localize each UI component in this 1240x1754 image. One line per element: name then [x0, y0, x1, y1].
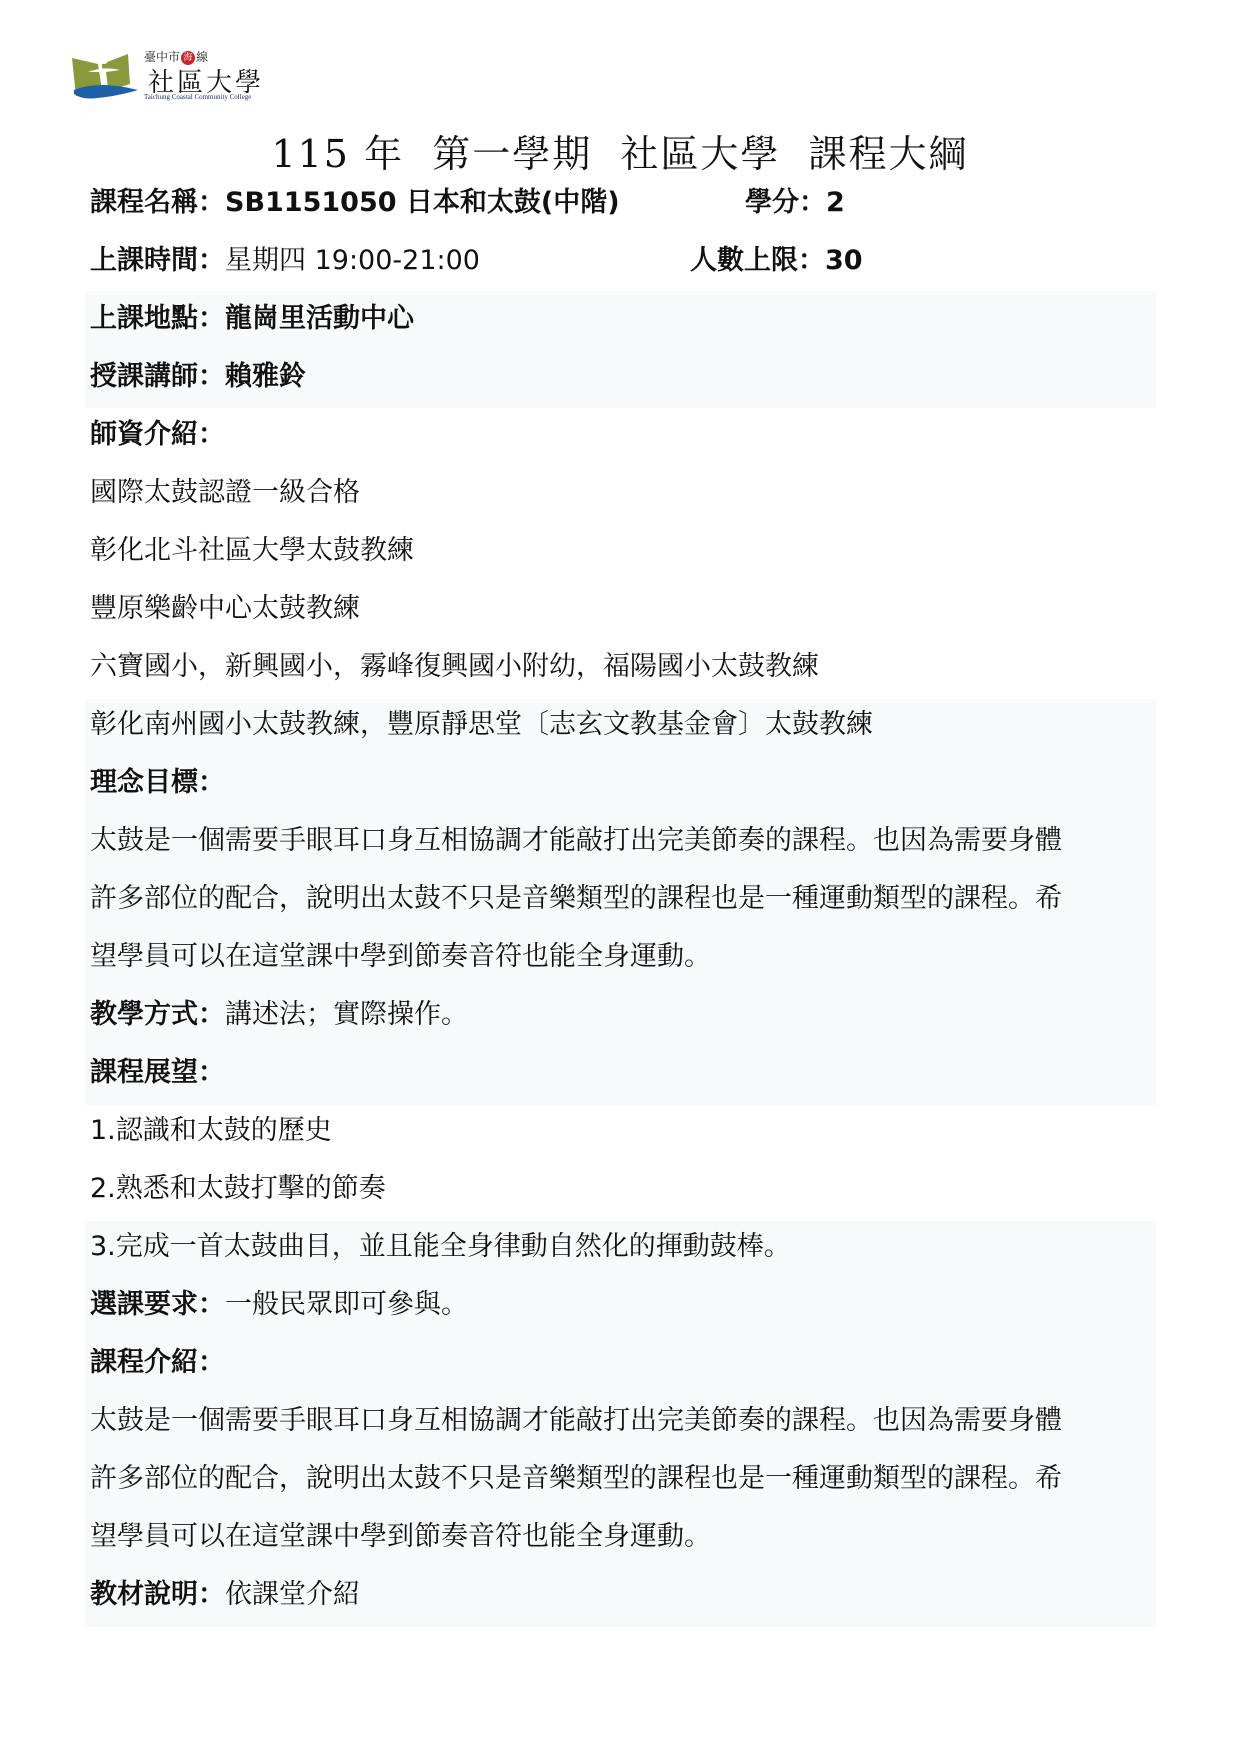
- teacher-intro-heading: 師資介紹：: [90, 415, 225, 455]
- requirement-row: 選課要求：一般民眾即可參與。: [90, 1285, 468, 1325]
- course-intro-heading: 課程介紹：: [90, 1343, 225, 1383]
- page-title: 115 年 第一學期 社區大學 課程大綱: [0, 123, 1240, 178]
- book-logo-icon: [68, 50, 140, 100]
- course-name-value: SB1151050 日本和太鼓(中階): [225, 187, 620, 218]
- teacher-intro-label: 師資介紹：: [90, 419, 225, 450]
- outlook-item: 3.完成一首太鼓曲目，並且能全身律動自然化的揮動鼓棒。: [90, 1227, 791, 1267]
- goal-label: 理念目標：: [90, 767, 225, 798]
- credit-label: 學分：: [745, 187, 826, 218]
- outlook-item: 2.熟悉和太鼓打擊的節奏: [90, 1169, 386, 1209]
- class-time-row: 上課時間：星期四 19:00-21:00: [90, 241, 480, 281]
- teacher-intro-line: 彰化南州國小太鼓教練，豐原靜思堂〔志玄文教基金會〕太鼓教練: [90, 705, 873, 745]
- teacher-intro-line: 國際太鼓認證一級合格: [90, 473, 360, 513]
- location-row: 上課地點：龍崗里活動中心: [90, 299, 414, 339]
- outlook-item: 1.認識和太鼓的歷史: [90, 1111, 332, 1151]
- material-label: 教材說明：: [90, 1579, 225, 1610]
- course-name-label: 課程名稱：: [90, 187, 225, 218]
- teacher-value: 賴雅鈴: [225, 361, 306, 392]
- goal-line: 望學員可以在這堂課中學到節奏音符也能全身運動。: [90, 937, 711, 977]
- requirement-value: 一般民眾即可參與。: [225, 1289, 468, 1320]
- location-label: 上課地點：: [90, 303, 225, 334]
- goal-line: 太鼓是一個需要手眼耳口身互相協調才能敲打出完美節奏的課程。也因為需要身體: [90, 821, 1062, 861]
- credit-value: 2: [826, 187, 845, 218]
- capacity-row: 人數上限：30: [690, 241, 863, 281]
- teaching-method-row: 教學方式：講述法；實際操作。: [90, 995, 468, 1035]
- requirement-label: 選課要求：: [90, 1289, 225, 1320]
- outlook-label: 課程展望：: [90, 1057, 225, 1088]
- teacher-row: 授課講師：賴雅鈴: [90, 357, 306, 397]
- outlook-heading: 課程展望：: [90, 1053, 225, 1093]
- capacity-value: 30: [825, 245, 863, 276]
- course-intro-label: 課程介紹：: [90, 1347, 225, 1378]
- course-intro-line: 太鼓是一個需要手眼耳口身互相協調才能敲打出完美節奏的課程。也因為需要身體: [90, 1401, 1062, 1441]
- course-name-row: 課程名稱：SB1151050 日本和太鼓(中階): [90, 183, 620, 223]
- course-intro-line: 許多部位的配合，說明出太鼓不只是音樂類型的課程也是一種運動類型的課程。希: [90, 1459, 1062, 1499]
- college-logo: 臺中市海線 社區大學 Taichung Coastal Community Co…: [68, 44, 268, 106]
- material-value: 依課堂介紹: [225, 1579, 360, 1610]
- teacher-intro-line: 彰化北斗社區大學太鼓教練: [90, 531, 414, 571]
- teaching-method-value: 講述法；實際操作。: [225, 999, 468, 1030]
- logo-english-name: Taichung Coastal Community College: [144, 93, 251, 101]
- class-time-value: 星期四 19:00-21:00: [225, 245, 480, 276]
- teacher-label: 授課講師：: [90, 361, 225, 392]
- credit-row: 學分：2: [745, 183, 845, 223]
- material-row: 教材說明：依課堂介紹: [90, 1575, 360, 1615]
- goal-line: 許多部位的配合，說明出太鼓不只是音樂類型的課程也是一種運動類型的課程。希: [90, 879, 1062, 919]
- teacher-intro-line: 豐原樂齡中心太鼓教練: [90, 589, 360, 629]
- teacher-intro-line: 六寶國小，新興國小，霧峰復興國小附幼，福陽國小太鼓教練: [90, 647, 819, 687]
- class-time-label: 上課時間：: [90, 245, 225, 276]
- course-intro-line: 望學員可以在這堂課中學到節奏音符也能全身運動。: [90, 1517, 711, 1557]
- location-value: 龍崗里活動中心: [225, 303, 414, 334]
- teaching-method-label: 教學方式：: [90, 999, 225, 1030]
- goal-heading: 理念目標：: [90, 763, 225, 803]
- capacity-label: 人數上限：: [690, 245, 825, 276]
